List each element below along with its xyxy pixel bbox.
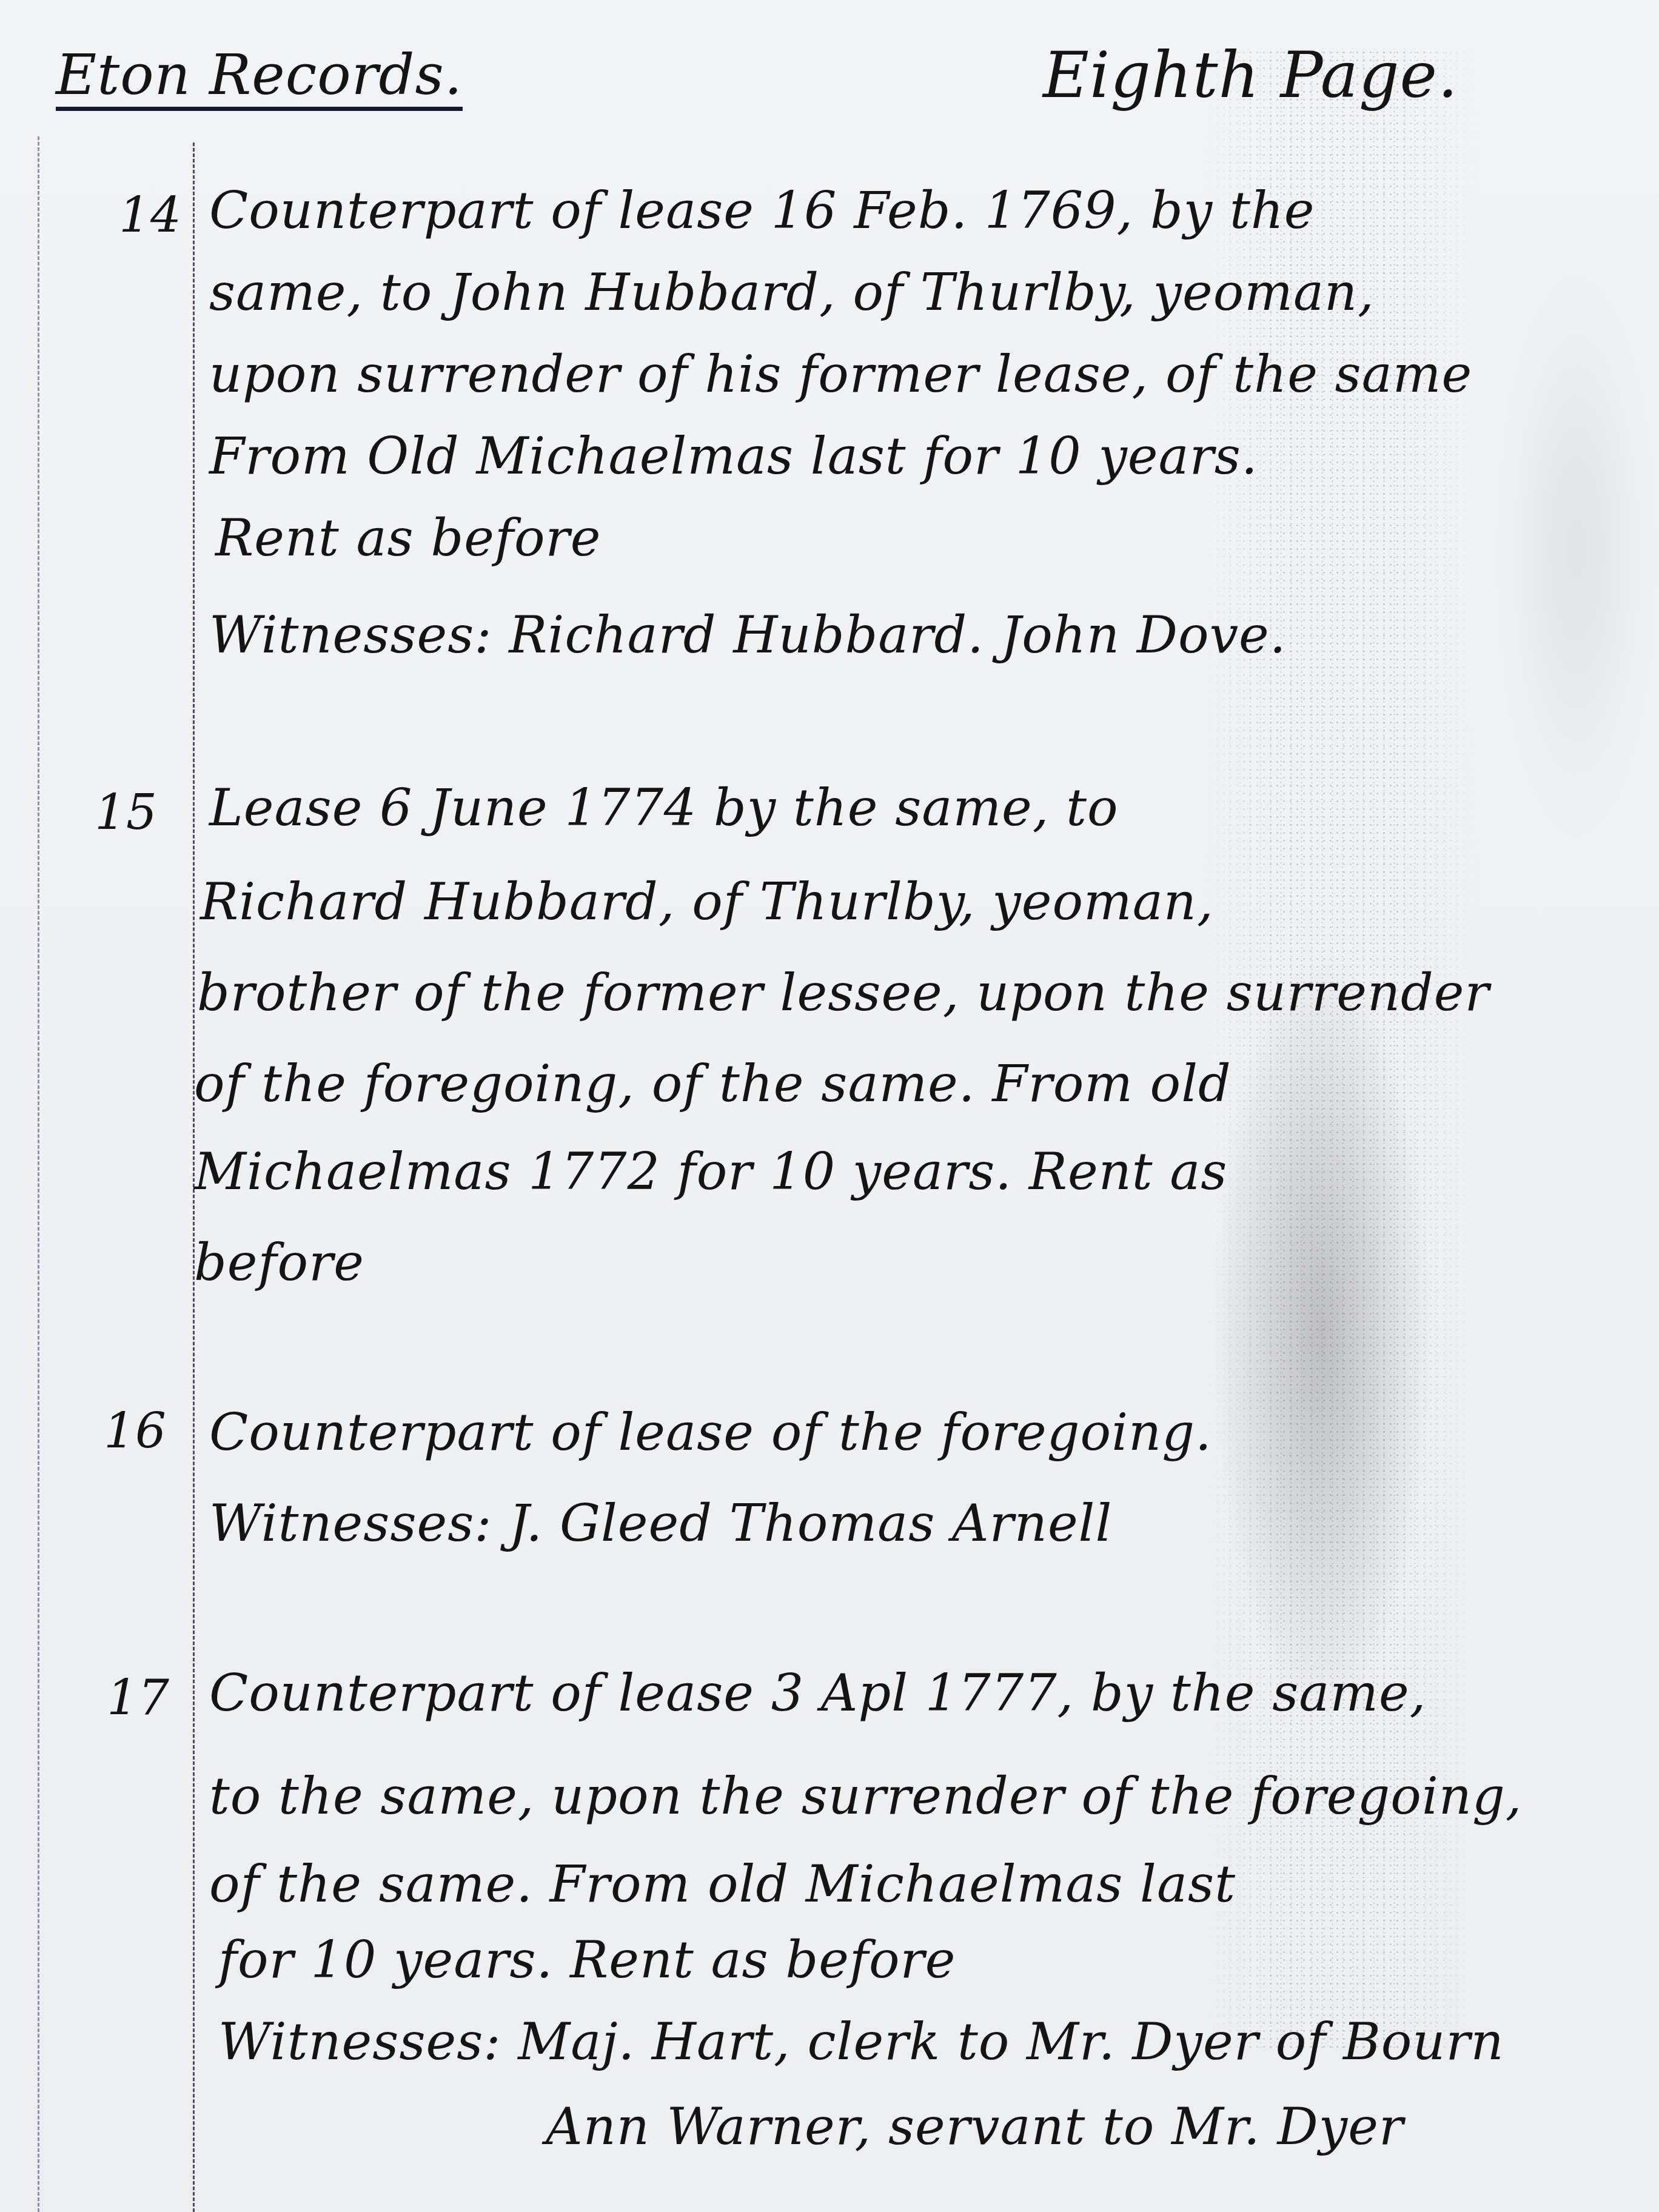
entry-line: Lease 6 June 1774 by the same, to (209, 782, 1118, 833)
entry-line: Rent as before (215, 512, 601, 563)
page-label: Eighth Page. (1043, 44, 1458, 107)
entry-line: Michaelmas 1772 for 10 years. Rent as (194, 1146, 1227, 1197)
entry-line: Counterpart of lease 3 Apl 1777, by the … (209, 1667, 1426, 1718)
entry-line: upon surrender of his former lease, of t… (209, 349, 1472, 400)
entry-line: for 10 years. Rent as before (218, 1934, 956, 1985)
entry-line: of the same. From old Michaelmas last (209, 1858, 1236, 1909)
entry-number: 16 (45, 1407, 167, 1455)
entry-line: Counterpart of lease of the foregoing. (209, 1407, 1212, 1458)
entry-line: of the foregoing, of the same. From old (194, 1058, 1232, 1109)
entry-line: Richard Hubbard, of Thurlby, yeoman, (200, 876, 1214, 927)
entry-line: From Old Michaelmas last for 10 years. (209, 431, 1258, 481)
witnesses-line: Ann Warner, servant to Mr. Dyer (546, 2101, 1404, 2152)
witnesses-line: Witnesses: J. Gleed Thomas Arnell (209, 1498, 1112, 1549)
document-page: Eton Records. Eighth Page. 14 Counterpar… (0, 0, 1659, 2212)
document-title: Eton Records. (56, 47, 463, 111)
entry-line: to the same, upon the surrender of the f… (209, 1771, 1522, 1822)
entry-number: 15 (36, 788, 158, 837)
entry-line: brother of the former lessee, upon the s… (197, 967, 1490, 1018)
witnesses-line: Witnesses: Richard Hubbard. John Dove. (209, 609, 1287, 660)
entry-line: same, to John Hubbard, of Thurlby, yeoma… (209, 267, 1375, 318)
entry-line: before (194, 1237, 364, 1288)
entry-line: Counterpart of lease 16 Feb. 1769, by th… (209, 185, 1315, 236)
entry-number: 14 (61, 191, 182, 240)
entry-number: 17 (49, 1674, 170, 1722)
witnesses-line: Witnesses: Maj. Hart, clerk to Mr. Dyer … (218, 2016, 1504, 2067)
left-page-rule (38, 136, 39, 2212)
